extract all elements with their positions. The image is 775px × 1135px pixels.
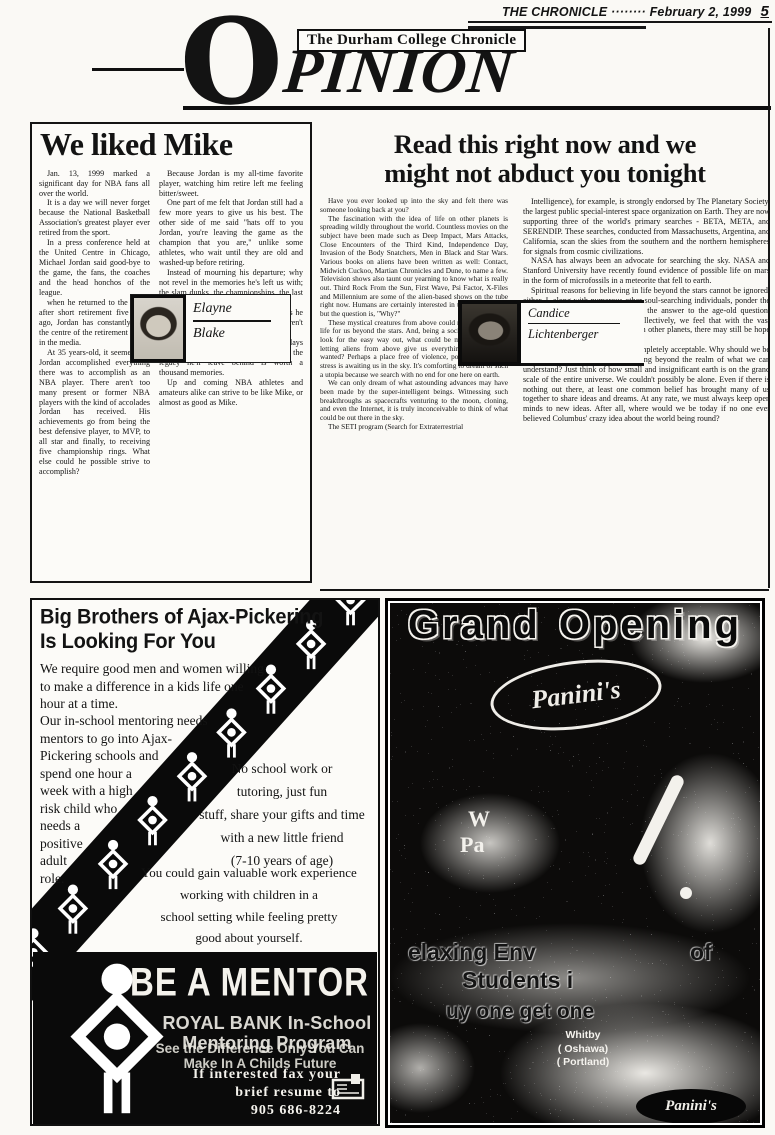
byline-rule [528, 323, 620, 324]
exclamation-dot [680, 887, 692, 899]
right-article-column-2: Intelligence), for example, is strongly … [523, 197, 770, 591]
page-number: 5 [760, 3, 769, 20]
article-paragraph: Jan. 13, 1999 marked a significant day f… [39, 169, 150, 199]
ad-text-line: school setting while feeling pretty [122, 906, 376, 928]
location-line: ( Oshawa) [508, 1043, 658, 1057]
byline-rule [193, 320, 271, 322]
paninis-logo-bottom: Panini's [636, 1089, 746, 1123]
right-headline-line2: might not abduct you tonight [384, 158, 705, 188]
students-line: Students i [462, 969, 573, 992]
fax-number: 905 686-8224 [153, 1102, 341, 1120]
text-fragment: W [468, 806, 490, 832]
ad-text-line: No school work or [180, 758, 380, 781]
article-paragraph: Up and coming NBA athletes and amateurs … [159, 378, 303, 408]
ad-text-line: You could gain valuable work experience [122, 862, 376, 884]
page-edge-rule [768, 28, 770, 588]
ad-text-line: working with children in a [122, 884, 376, 906]
ad-headline: Big Brothers of Ajax-Pickering Is Lookin… [40, 605, 323, 655]
be-a-mentor-title: BE A MENTOR [119, 962, 369, 1002]
text-fragment: of [690, 941, 712, 964]
ad-footer-panel: BE A MENTOR ROYAL BANK In-School Mentori… [33, 952, 377, 1124]
person-icon [57, 883, 89, 935]
grand-opening-title: Grand Opening [390, 605, 760, 645]
article-paragraph: Have you ever looked up into the sky and… [320, 197, 508, 214]
left-article-column-1: Jan. 13, 1999 marked a significant day f… [39, 169, 150, 571]
article-paragraph: At 35 years-old, it seemed that Jordan a… [39, 348, 150, 477]
ad-text-line: hour at a time. [40, 695, 290, 713]
dateline: THE CHRONICLE ········ February 2, 19995 [449, 3, 769, 20]
byline-first-name: Candice [528, 306, 637, 321]
dateline-text: THE CHRONICLE ········ February 2, 1999 [502, 5, 752, 19]
ad-text-line: with a new little friend [180, 827, 380, 850]
ad-text-line: Our in-school mentoring needs [40, 712, 290, 730]
fax-instructions: If interested fax your brief resume to 9… [153, 1066, 341, 1121]
byline-inset-elayne: Elayne Blake [130, 294, 291, 363]
ad-headline-line1: Big Brothers of Ajax-Pickering [40, 605, 323, 629]
ad-paninis-inner: Grand Opening Panini's W Pa elaxing Env … [390, 603, 760, 1123]
ad-no-school-block: No school work or tutoring, just fun stu… [180, 758, 380, 873]
author-photo [131, 295, 186, 362]
person-icon [334, 598, 366, 627]
buy-one-get-one-line: uy one get one [446, 1001, 594, 1022]
ad-text-line: mentors to go into Ajax- [40, 730, 290, 748]
byline: Elayne Blake [186, 295, 290, 362]
location-line: ( Portland) [508, 1056, 658, 1070]
article-abduct-tonight: Read this right now and we might not abd… [320, 130, 770, 590]
article-paragraph: Intelligence), for example, is strongly … [523, 197, 770, 256]
ad-big-brothers: Big Brothers of Ajax-Pickering Is Lookin… [30, 598, 380, 1126]
text-fragment: Pa [460, 832, 484, 858]
ad-text-line: We require good men and women willing [40, 660, 290, 678]
location-lines: Whitby ( Oshawa) ( Portland) [508, 1029, 658, 1070]
masthead-rule [183, 106, 771, 110]
byline-inset-candice: Candice Lichtenberger [458, 300, 644, 366]
masthead-kicker: The Durham College Chronicle [297, 29, 526, 52]
ad-text-line: brief resume to [153, 1084, 341, 1102]
newspaper-page: { "header": { "dateline": "THE CHRONICLE… [0, 0, 775, 1135]
article-paragraph: We can only dream of what astounding adv… [320, 379, 508, 422]
author-photo [458, 300, 521, 366]
ad-intro-1: We require good men and women willing to… [40, 660, 290, 713]
right-headline: Read this right now and we might not abd… [320, 130, 770, 188]
masthead-initial: O [178, 8, 284, 115]
ad-text-line: stuff, share your gifts and time [180, 804, 380, 827]
article-bottom-rule [320, 589, 769, 591]
byline-last-name: Blake [193, 326, 283, 342]
ad-headline-line2: Is Looking For You [40, 630, 216, 654]
ad-text-line: good about yourself. [122, 927, 376, 949]
article-paragraph: In a press conference held at the United… [39, 238, 150, 298]
byline: Candice Lichtenberger [521, 300, 644, 366]
masthead-short-rule [92, 68, 184, 71]
relaxing-environment-line: elaxing Env [408, 941, 536, 964]
right-headline-line1: Read this right now and we [394, 129, 696, 159]
article-paragraph: NASA has always been an advocate for sea… [523, 256, 770, 286]
location-line: Whitby [508, 1029, 658, 1043]
ad-text-line: to make a difference in a kids life one [40, 678, 290, 696]
byline-first-name: Elayne [193, 301, 283, 317]
article-paragraph: The SETI program (Search for Extraterres… [320, 423, 508, 432]
article-paragraph: Because Jordan is my all-time favorite p… [159, 169, 303, 199]
ad-gain-block: You could gain valuable work experience … [122, 862, 376, 949]
ad-text-line: tutoring, just fun [180, 781, 380, 804]
header-rule-thin [468, 21, 772, 23]
left-headline: We liked Mike [40, 128, 303, 162]
left-article-column-2: Because Jordan is my all-time favorite p… [159, 169, 303, 571]
fax-machine-icon [331, 1072, 365, 1102]
byline-last-name: Lichtenberger [528, 327, 637, 342]
article-paragraph: One part of me felt that Jordan still ha… [159, 198, 303, 268]
article-paragraph: It is a day we will never forget because… [39, 198, 150, 238]
ad-text-line: If interested fax your [153, 1066, 341, 1084]
ad-paninis: Grand Opening Panini's W Pa elaxing Env … [385, 598, 765, 1128]
article-we-liked-mike: We liked Mike Jan. 13, 1999 marked a sig… [30, 122, 312, 583]
right-article-column-1: Have you ever looked up into the sky and… [320, 197, 508, 591]
